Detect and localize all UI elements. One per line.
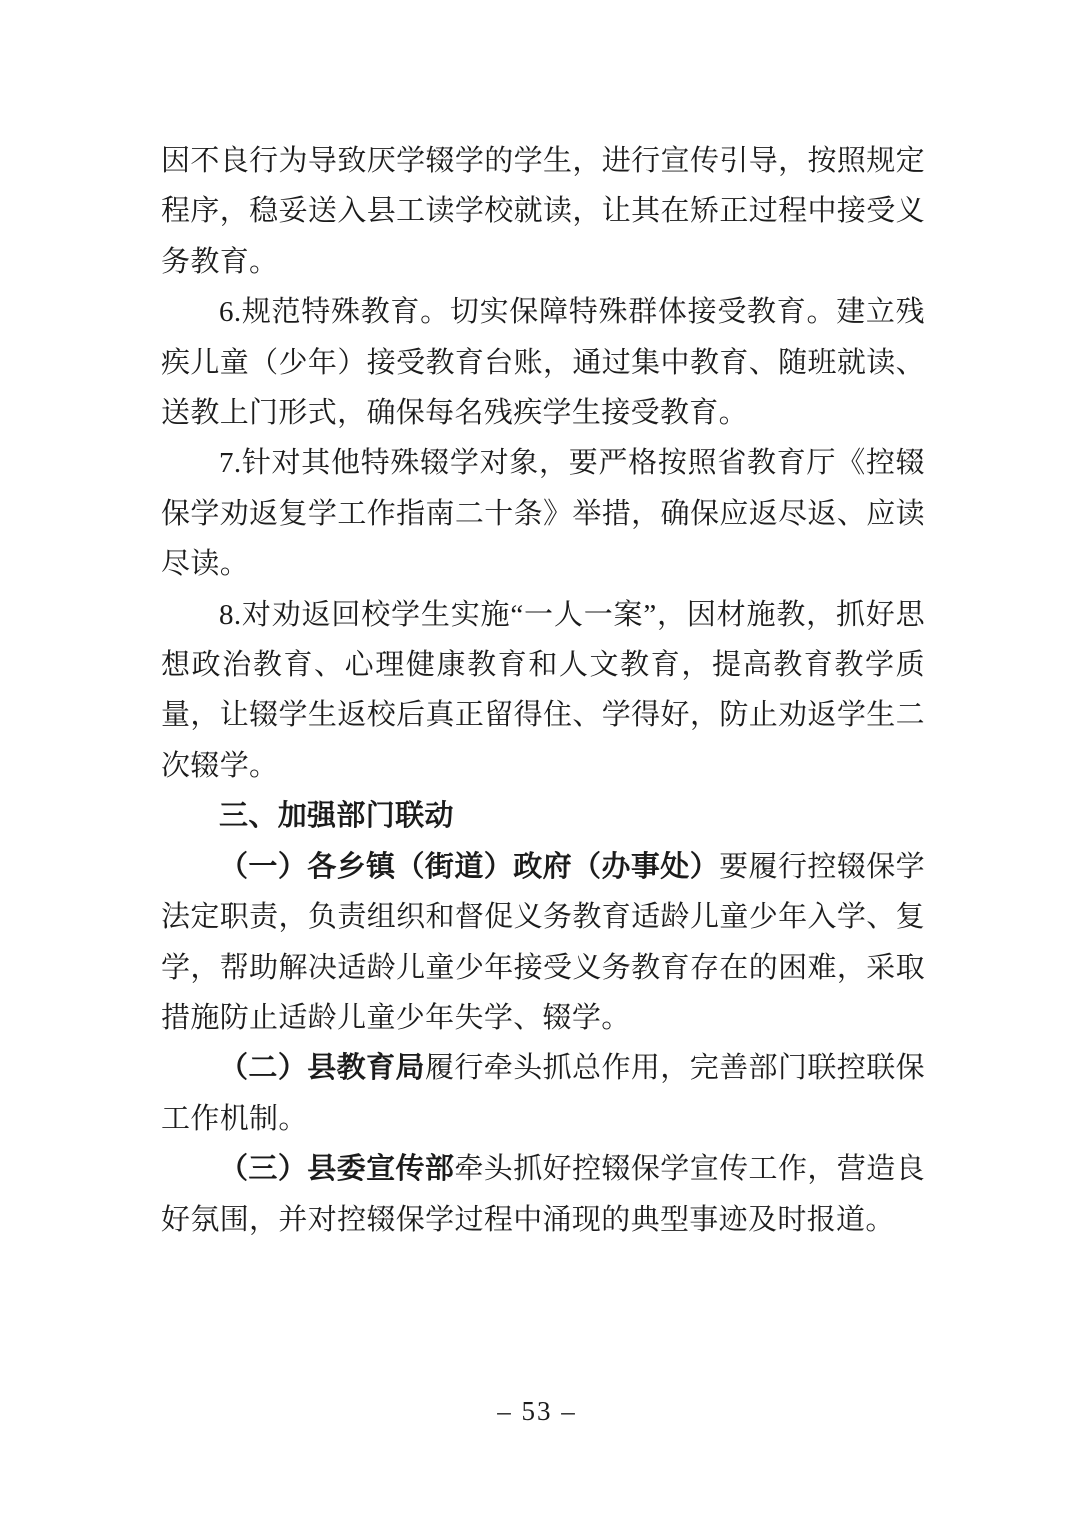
subsection-3-lead: （三）县委宣传部 [219, 1153, 454, 1185]
subsection-2-lead: （二）县教育局 [219, 1052, 425, 1084]
document-page: 因不良行为导致厌学辍学的学生，进行宣传引导，按照规定程序，稳妥送入县工读学校就读… [0, 0, 1074, 1520]
document-body: 因不良行为导致厌学辍学的学生，进行宣传引导，按照规定程序，稳妥送入县工读学校就读… [161, 136, 925, 1245]
paragraph-subsection-2: （二）县教育局履行牵头抓总作用，完善部门联控联保工作机制。 [161, 1043, 925, 1144]
paragraph-subsection-1: （一）各乡镇（街道）政府（办事处）要履行控辍保学法定职责，负责组织和督促义务教育… [161, 842, 925, 1044]
paragraph-subsection-3: （三）县委宣传部牵头抓好控辍保学宣传工作，营造良好氛围，并对控辍保学过程中涌现的… [161, 1144, 925, 1245]
page-number: – 53 – [0, 1396, 1074, 1427]
paragraph-item-7: 7.针对其他特殊辍学对象，要严格按照省教育厅《控辍保学劝返复学工作指南二十条》举… [161, 438, 925, 589]
paragraph-item-6: 6.规范特殊教育。切实保障特殊群体接受教育。建立残疾儿童（少年）接受教育台账，通… [161, 287, 925, 438]
subsection-1-lead: （一）各乡镇（街道）政府（办事处） [219, 851, 719, 883]
paragraph-item-8: 8.对劝返回校学生实施“一人一案”，因材施教，抓好思想政治教育、心理健康教育和人… [161, 590, 925, 792]
paragraph-continuation: 因不良行为导致厌学辍学的学生，进行宣传引导，按照规定程序，稳妥送入县工读学校就读… [161, 136, 925, 287]
section-heading-3: 三、加强部门联动 [161, 791, 925, 841]
